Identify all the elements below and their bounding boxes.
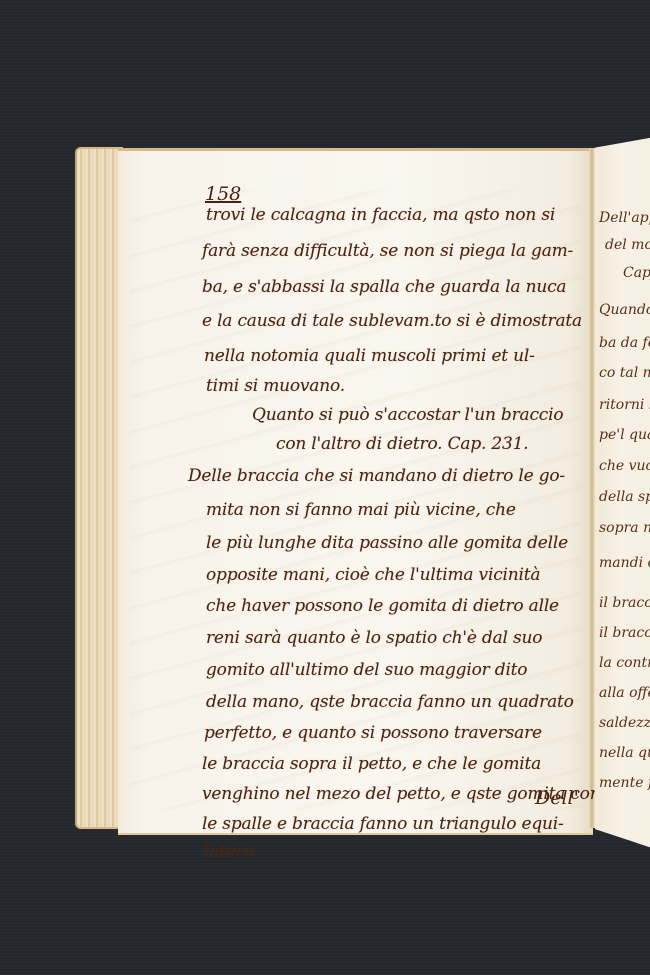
text-line: ba da forza, mo	[599, 335, 650, 351]
text-line: e la causa di tale sublevam.to si è dimo…	[202, 311, 582, 331]
text-line: mandi che percuo	[599, 555, 650, 571]
text-line: Delle braccia che si mandano di dietro l…	[188, 466, 565, 486]
text-line: saldezza: le b	[599, 715, 650, 731]
text-line: nella qual nello gra	[599, 745, 650, 761]
text-line: della mano, qste braccia fanno un quadra…	[206, 692, 574, 712]
text-line: timi si muovano.	[206, 376, 345, 396]
text-line: che vuol'raggiunger la	[599, 458, 650, 474]
chapter-heading-line: Quanto si può s'accostar l'un braccio	[252, 405, 563, 425]
book-gutter	[589, 148, 595, 828]
text-line: Dell'apparecch	[599, 210, 650, 226]
text-line: Cap. 2	[623, 265, 650, 281]
catchword: Dell'	[535, 787, 579, 809]
text-line: Quando l'huomo s	[599, 302, 650, 318]
text-line: latero.	[204, 842, 259, 862]
text-line: mente fra le g	[599, 775, 650, 791]
text-line: opposite mani, cioè che l'ultima vicinit…	[206, 565, 540, 585]
text-line: gomito all'ultimo del suo maggior dito	[206, 660, 527, 680]
text-line: co tal moto com	[599, 365, 650, 381]
text-line: le braccia sopra il petto, e che le gomi…	[202, 754, 541, 774]
right-page-fragment: Dell'apparecch del moto per Cap. 2 Quand…	[595, 137, 650, 849]
manuscript-book: 158 trovi le calcagna in faccia, ma qsto…	[0, 0, 650, 975]
text-line: sopra nella spalla	[599, 520, 650, 536]
text-line: le più lunghe dita passino alle gomita d…	[206, 533, 568, 553]
text-line: della spalla contra	[599, 489, 650, 505]
text-line: pe'l quale forza che	[599, 427, 650, 443]
chapter-heading-line: con l'altro di dietro. Cap. 231.	[276, 434, 528, 454]
text-line: nella notomia quali muscoli primi et ul-	[204, 346, 535, 366]
text-line: ritorni la percuss	[599, 397, 650, 413]
text-line: che haver possono le gomita di dietro al…	[206, 596, 559, 616]
text-line: farà senza difficultà, se non si piega l…	[202, 241, 573, 261]
text-line: le spalle e braccia fanno un triangulo e…	[202, 814, 564, 834]
text-line: perfetto, e quanto si possono traversare	[204, 723, 542, 743]
text-line: il braccio nascer	[599, 625, 650, 641]
text-line: reni sarà quanto è lo spatio ch'è dal su…	[206, 628, 542, 648]
book-fore-edge	[75, 147, 123, 829]
text-line: la contraria	[599, 655, 650, 671]
text-line: alla offenda. il	[599, 685, 650, 701]
text-line: trovi le calcagna in faccia, ma qsto non…	[206, 205, 555, 225]
text-line: ba, e s'abbassi la spalla che guarda la …	[202, 277, 566, 297]
text-line: del moto per	[605, 237, 650, 253]
text-line: il braccio nascos	[599, 595, 650, 611]
folio-number: 158	[205, 183, 241, 205]
text-line: mita non si fanno mai più vicine, che	[206, 500, 516, 520]
